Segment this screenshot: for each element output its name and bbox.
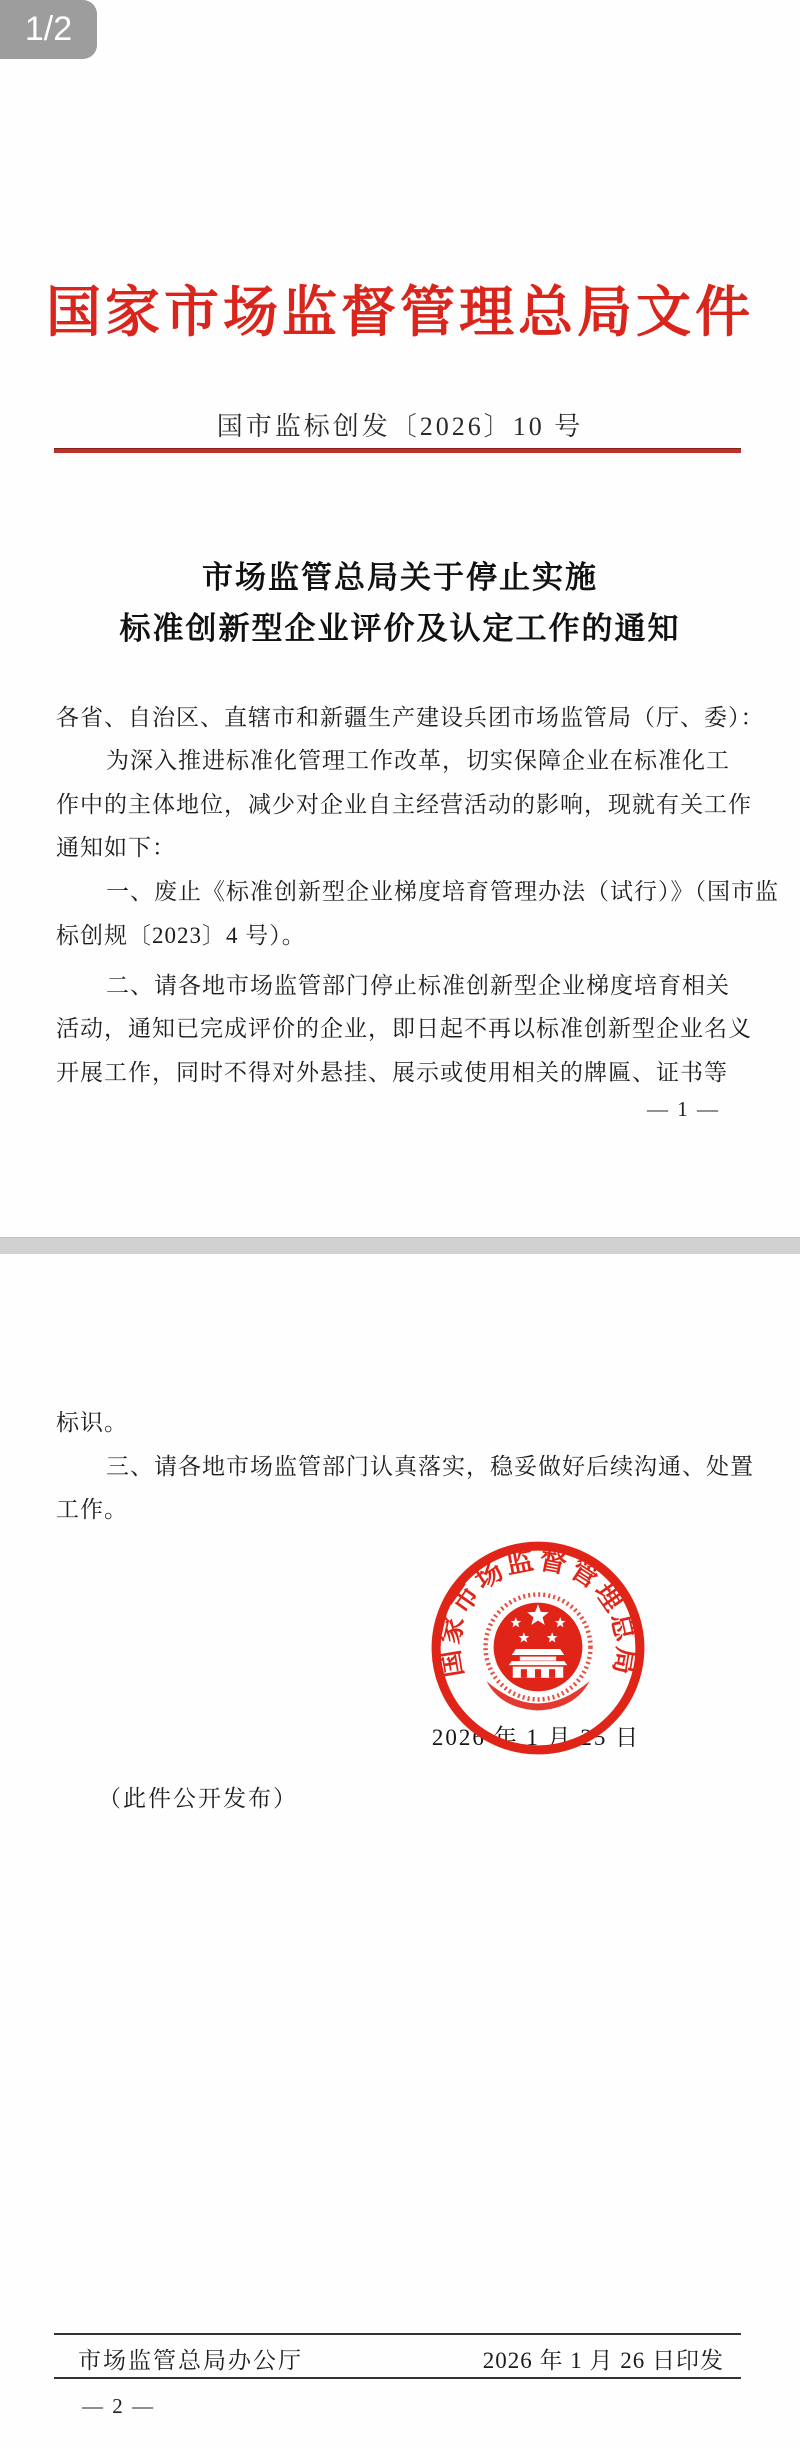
seal-graphic: 国家市场监督管理总局: [424, 1534, 652, 1762]
official-seal: 国家市场监督管理总局: [424, 1534, 652, 1762]
page-separator: [0, 1237, 800, 1254]
document-number: 国市监标创发〔2026〕10 号: [0, 406, 800, 443]
body-line: 通知如下：: [56, 832, 176, 864]
page-indicator-badge: 1/2: [0, 0, 97, 59]
body-line: 为深入推进标准化管理工作改革，切实保障企业在标准化工: [106, 745, 730, 777]
body-line: 活动，通知已完成评价的企业，即日起不再以标准创新型企业名义: [56, 1013, 752, 1045]
body-line: 各省、自治区、直辖市和新疆生产建设兵团市场监管局（厅、委）：: [56, 702, 765, 734]
body-line: 作中的主体地位，减少对企业自主经营活动的影响，现就有关工作: [56, 789, 752, 821]
body-line: 三、请各地市场监管部门认真落实，稳妥做好后续沟通、处置: [106, 1451, 754, 1483]
body-line: 标识。: [56, 1407, 128, 1439]
footer-print-date: 2026 年 1 月 26 日印发: [400, 2342, 724, 2375]
page-1-number: — 1 —: [600, 1097, 720, 1122]
emblem-gate: [509, 1649, 568, 1678]
body-line: 工作。: [56, 1494, 128, 1526]
body-line: 开展工作，同时不得对外悬挂、展示或使用相关的牌匾、证书等: [56, 1057, 728, 1089]
footer-rule-bottom: [54, 2377, 741, 2379]
notice-title-line-2: 标准创新型企业评价及认定工作的通知: [0, 603, 800, 648]
footer-issuing-office: 市场监管总局办公厅: [78, 2342, 303, 2375]
document-viewer[interactable]: 国家市场监督管理总局文件 国市监标创发〔2026〕10 号 市场监管总局关于停止…: [0, 0, 800, 2448]
notice-title-line-1: 市场监管总局关于停止实施: [0, 552, 800, 597]
body-line: 标创规〔2023〕4 号）。: [56, 920, 306, 952]
body-line: 一、废止《标准创新型企业梯度培育管理办法（试行）》（国市监: [106, 876, 779, 908]
page-2-number: — 2 —: [82, 2394, 155, 2419]
page-indicator-text: 1/2: [25, 10, 72, 49]
footer-rule-top: [54, 2333, 741, 2335]
public-release-note: （此件公开发布）: [98, 1780, 298, 1813]
body-line: 二、请各地市场监管部门停止标准创新型企业梯度培育相关: [106, 970, 730, 1002]
red-divider-line: [54, 448, 741, 453]
letterhead-title: 国家市场监督管理总局文件: [0, 268, 800, 347]
